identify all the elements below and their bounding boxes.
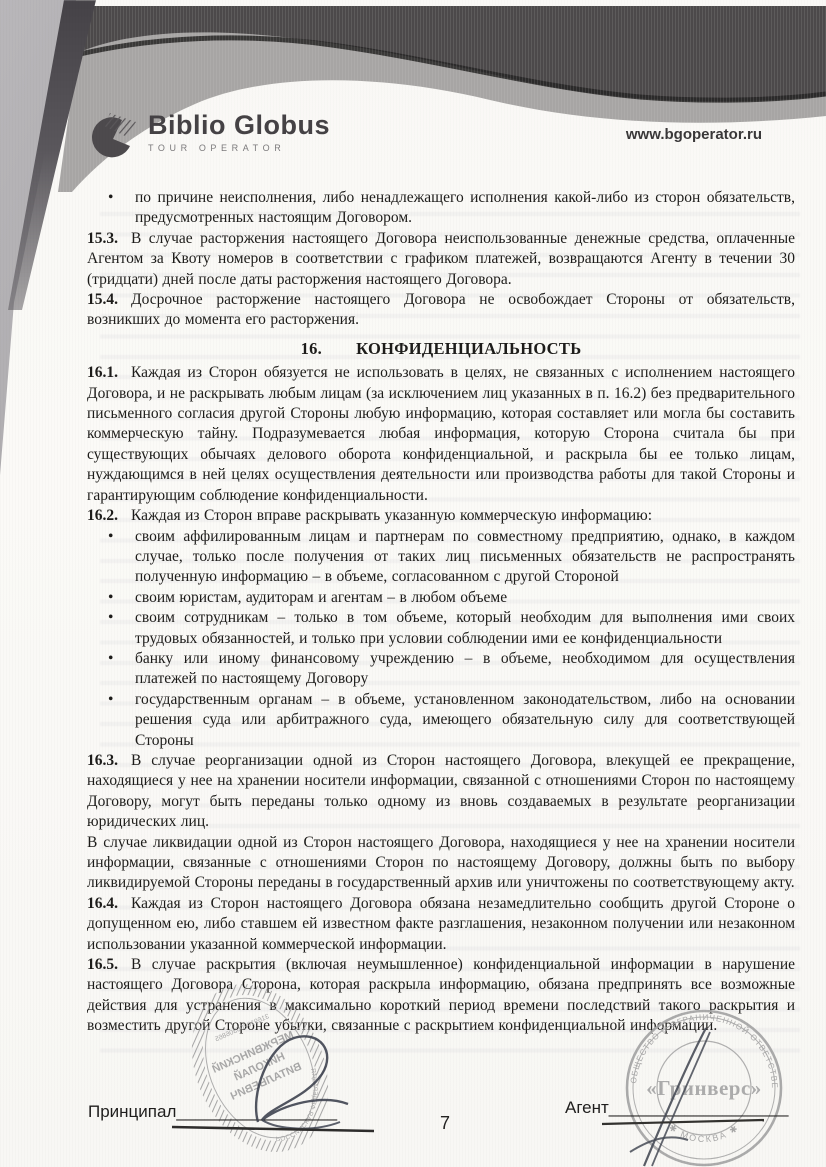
list-item: • своим юристам, аудиторам и агентам – в… — [87, 588, 795, 608]
clause-number: 16.2. — [87, 507, 118, 524]
clause-text: В случае ликвидации одной из Сторон наст… — [87, 834, 795, 892]
scanned-contract-page: Biblio Globus TOUR OPERATOR www.bgoperat… — [0, 0, 826, 1167]
agent-signature — [560, 1000, 800, 1167]
bullet-icon: • — [87, 588, 135, 608]
list-item: • своим сотрудникам – только в том объем… — [87, 608, 795, 649]
clause-16-3: 16.3.В случае реорганизации одной из Сто… — [87, 751, 795, 833]
clause-text: Каждая из Сторон вправе раскрывать указа… — [131, 507, 652, 524]
section-number: 16. — [301, 339, 323, 358]
brand-name: Biblio Globus — [148, 110, 330, 140]
clause-text: государственным органам – в объеме, уста… — [135, 690, 795, 751]
clause-text: своим сотрудникам – только в том объеме,… — [135, 608, 795, 649]
clause-text: В случае реорганизации одной из Сторон н… — [87, 752, 795, 830]
clause-number: 16.1. — [87, 364, 118, 381]
clause-text: банку или иному финансовому учреждению –… — [135, 649, 795, 690]
section-title: КОНФИДЕНЦИАЛЬНОСТЬ — [356, 339, 581, 358]
contract-body: • по причине неисполнения, либо ненадлеж… — [87, 188, 795, 1037]
bullet-icon: • — [87, 527, 135, 588]
clause-text: В случае расторжения настоящего Договора… — [87, 230, 795, 288]
clause-text: Каждая из Сторон настоящего Договора обя… — [87, 895, 795, 953]
clause-text: Каждая из Сторон обязуется не использова… — [87, 364, 795, 503]
section-16-heading: 16.КОНФИДЕНЦИАЛЬНОСТЬ — [87, 339, 795, 359]
website-url: www.bgoperator.ru — [626, 126, 762, 143]
list-item: • государственным органам – в объеме, ус… — [87, 690, 795, 751]
letterhead: Biblio Globus TOUR OPERATOR www.bgoperat… — [0, 0, 826, 200]
brand-tagline: TOUR OPERATOR — [148, 143, 330, 153]
clause-text: Досрочное расторжение настоящего Договор… — [87, 291, 795, 328]
clause-number: 16.5. — [87, 956, 118, 973]
clause-number: 15.4. — [87, 291, 118, 308]
clause-number: 16.3. — [87, 752, 118, 769]
biblio-globus-logo-icon — [86, 110, 138, 164]
clause-text: своим юристам, аудиторам и агентам – в л… — [135, 588, 795, 608]
clause-15-4: 15.4.Досрочное расторжение настоящего До… — [87, 290, 795, 331]
clause-number: 15.3. — [87, 230, 118, 247]
bullet-icon: • — [87, 608, 135, 649]
list-item: • своим аффилированным лицам и партнерам… — [87, 527, 795, 588]
principal-signature — [150, 1010, 410, 1160]
clause-16-3-cont: В случае ликвидации одной из Сторон наст… — [87, 833, 795, 894]
clause-16-4: 16.4.Каждая из Сторон настоящего Договор… — [87, 894, 795, 955]
clause-16-2: 16.2.Каждая из Сторон вправе раскрывать … — [87, 506, 795, 526]
list-item: • банку или иному финансовому учреждению… — [87, 649, 795, 690]
clause-16-1: 16.1.Каждая из Сторон обязуется не испол… — [87, 363, 795, 506]
page-number: 7 — [430, 1113, 460, 1134]
bullet-icon: • — [87, 649, 135, 690]
clause-text: своим аффилированным лицам и партнерам п… — [135, 527, 795, 588]
clause-15-3: 15.3.В случае расторжения настоящего Дог… — [87, 229, 795, 290]
clause-number: 16.4. — [87, 895, 118, 912]
logo: Biblio Globus TOUR OPERATOR — [86, 110, 330, 164]
bullet-icon: • — [87, 690, 135, 751]
